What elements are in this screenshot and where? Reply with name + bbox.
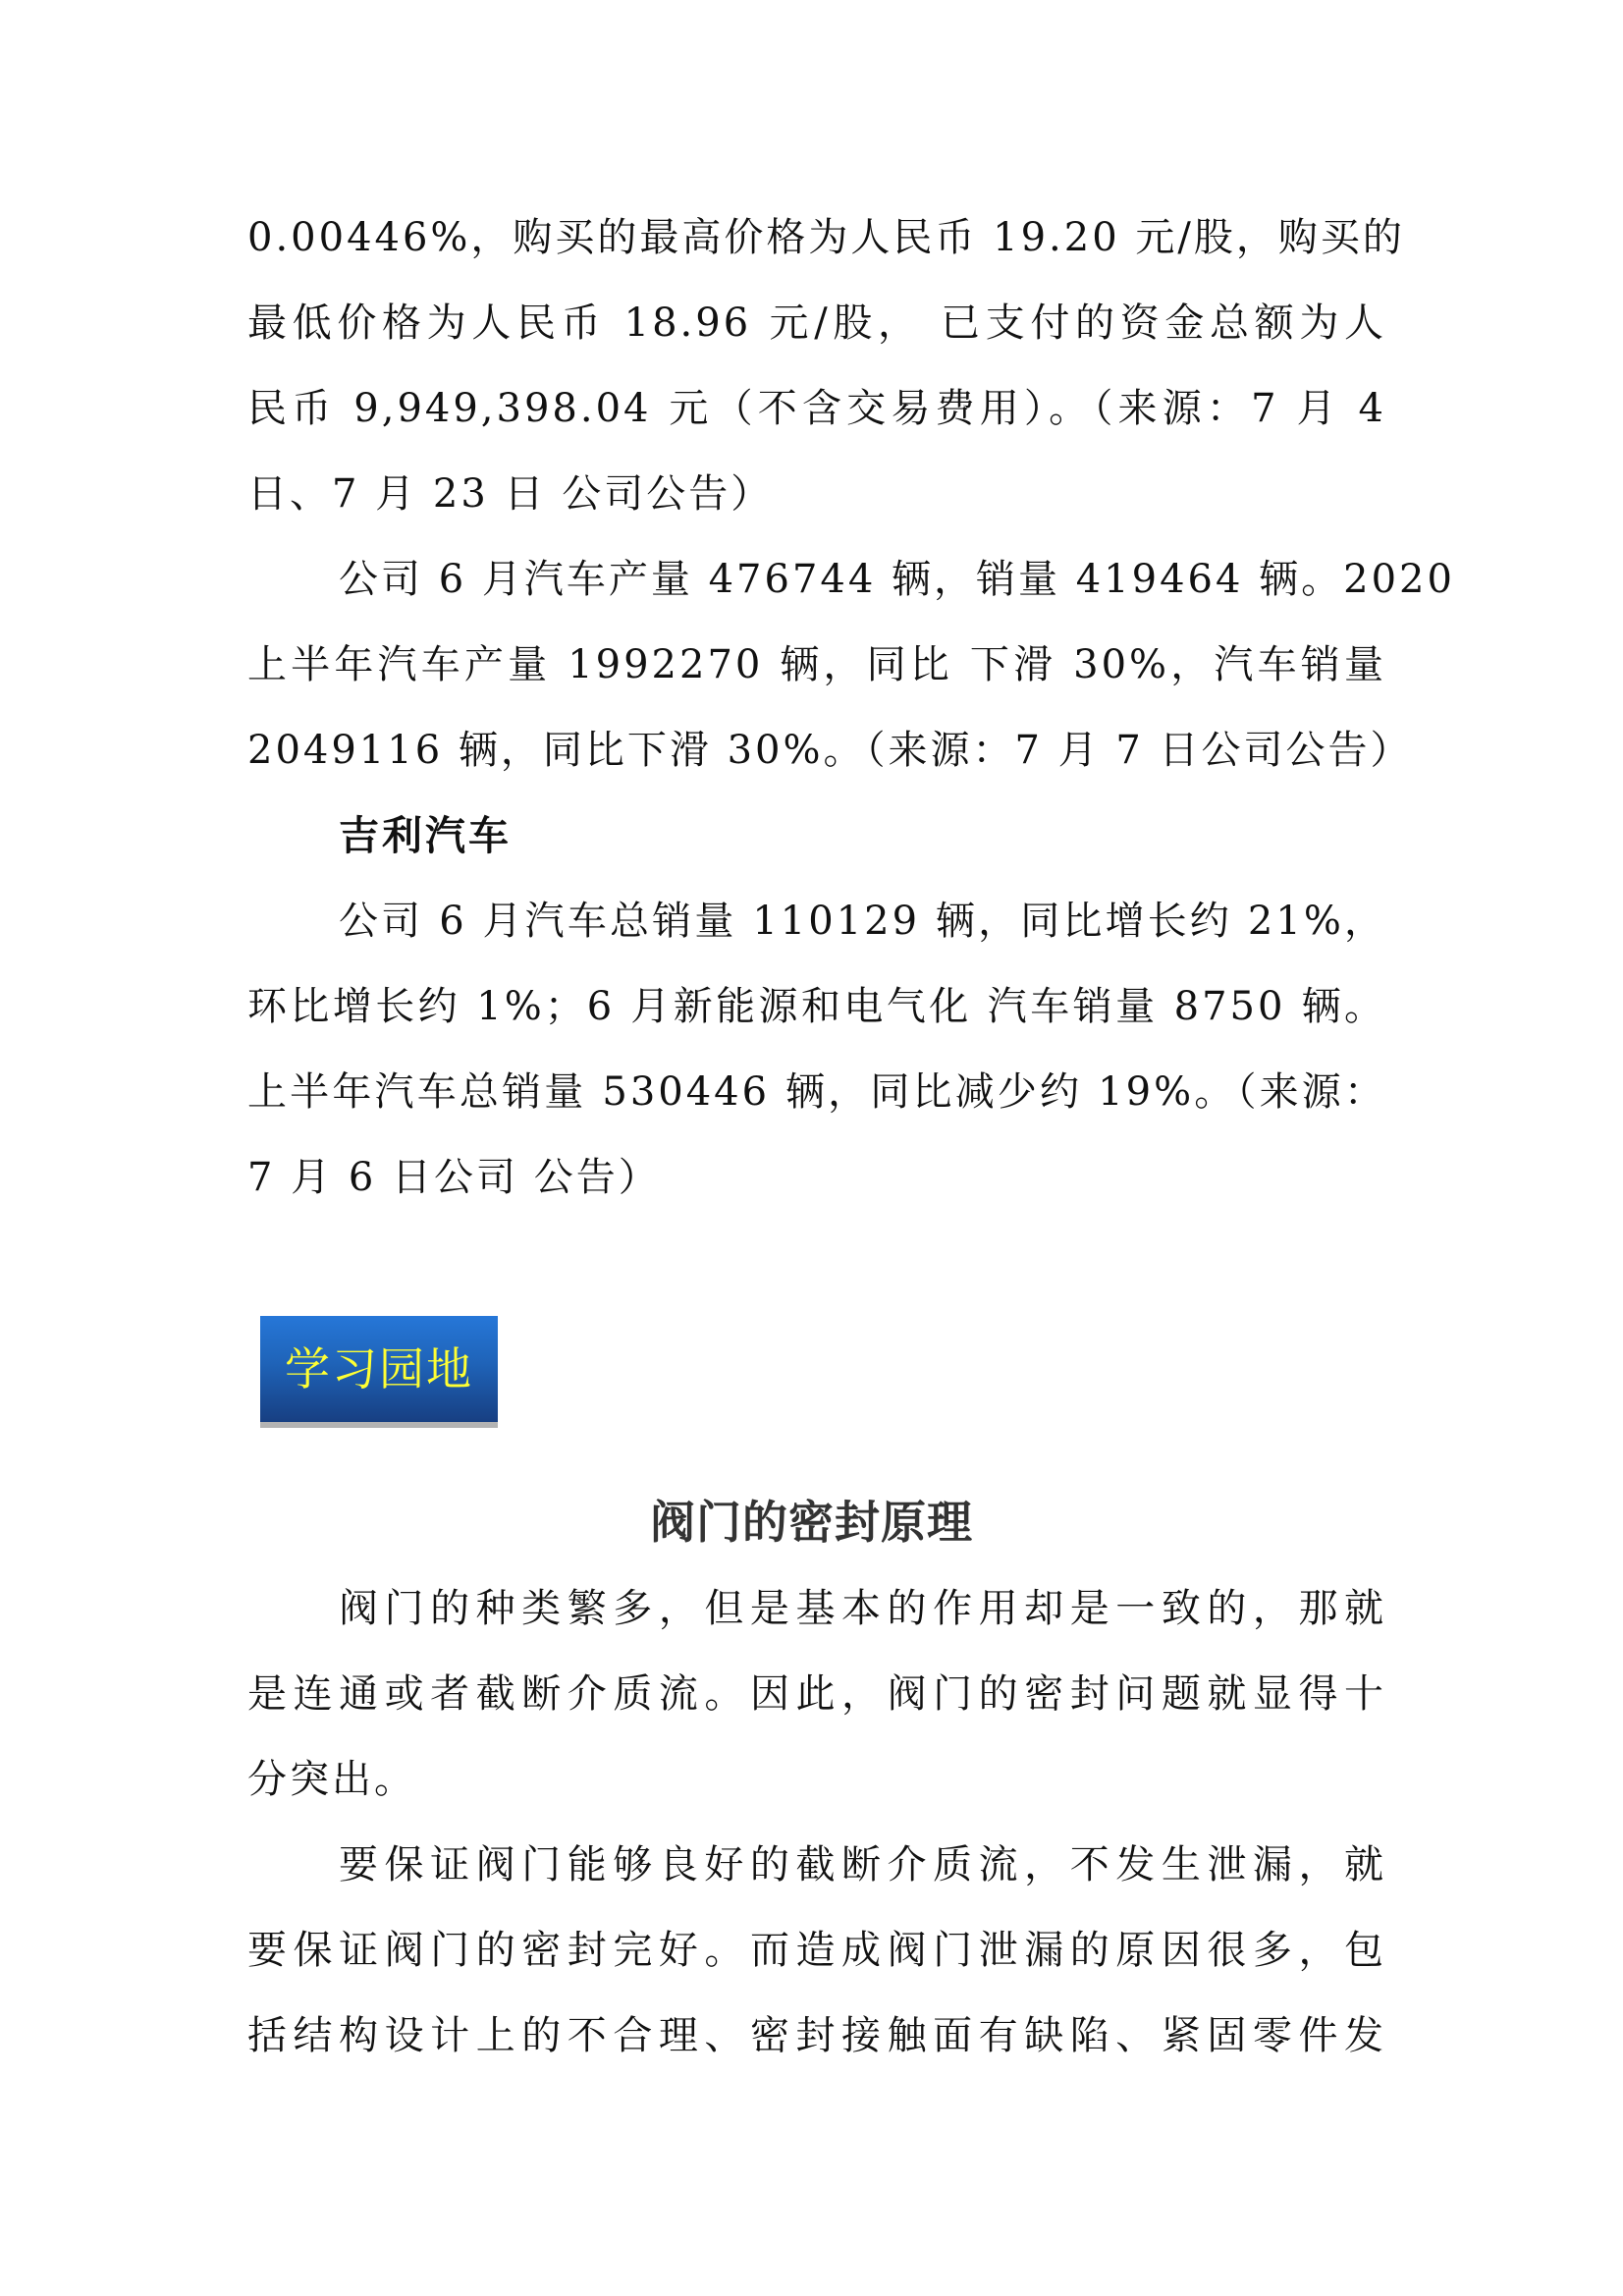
text-line: 0.00446%，购买的最高价格为人民币 19.20 元/股，购买的 <box>247 214 1386 261</box>
text-line: 是连通或者截断介质流。因此，阀门的密封问题就显得十 <box>247 1670 1386 1718</box>
text-line: 分突出。 <box>247 1756 1386 1803</box>
text-line: 要保证阀门能够良好的截断介质流，不发生泄漏，就 <box>339 1841 1386 1888</box>
article-title: 阀门的密封原理 <box>0 1495 1623 1550</box>
text-line: 要保证阀门的密封完好。而造成阀门泄漏的原因很多，包 <box>247 1927 1386 1974</box>
company-heading-geely: 吉利汽车 <box>339 812 512 859</box>
text-line: 日、7 月 23 日 公司公告） <box>247 470 1386 518</box>
text-line: 环比增长约 1%；6 月新能源和电气化 汽车销量 8750 辆。 <box>247 983 1386 1030</box>
document-page: 0.00446%，购买的最高价格为人民币 19.20 元/股，购买的 最低价格为… <box>0 0 1623 2296</box>
text-line: 7 月 6 日公司 公告） <box>247 1154 1386 1201</box>
text-line: 民币 9,949,398.04 元（不含交易费用）。（来源：7 月 4 <box>247 385 1386 432</box>
text-line: 上半年汽车产量 1992270 辆，同比 下滑 30%，汽车销量 <box>247 641 1386 688</box>
text-line: 2049116 辆，同比下滑 30%。（来源：7 月 7 日公司公告） <box>247 727 1386 774</box>
text-line: 公司 6 月汽车总销量 110129 辆，同比增长约 21%， <box>339 898 1386 945</box>
section-banner: 学习园地 <box>260 1316 498 1422</box>
text-line: 括结构设计上的不合理、密封接触面有缺陷、紧固零件发 <box>247 2012 1386 2059</box>
text-line: 上半年汽车总销量 530446 辆，同比减少约 19%。（来源： <box>247 1068 1386 1116</box>
text-line: 公司 6 月汽车产量 476744 辆，销量 419464 辆。2020 <box>339 556 1386 603</box>
text-line: 最低价格为人民币 18.96 元/股， 已支付的资金总额为人 <box>247 300 1386 347</box>
section-banner-label: 学习园地 <box>285 1346 473 1392</box>
text-line: 阀门的种类繁多，但是基本的作用却是一致的，那就 <box>339 1585 1386 1632</box>
